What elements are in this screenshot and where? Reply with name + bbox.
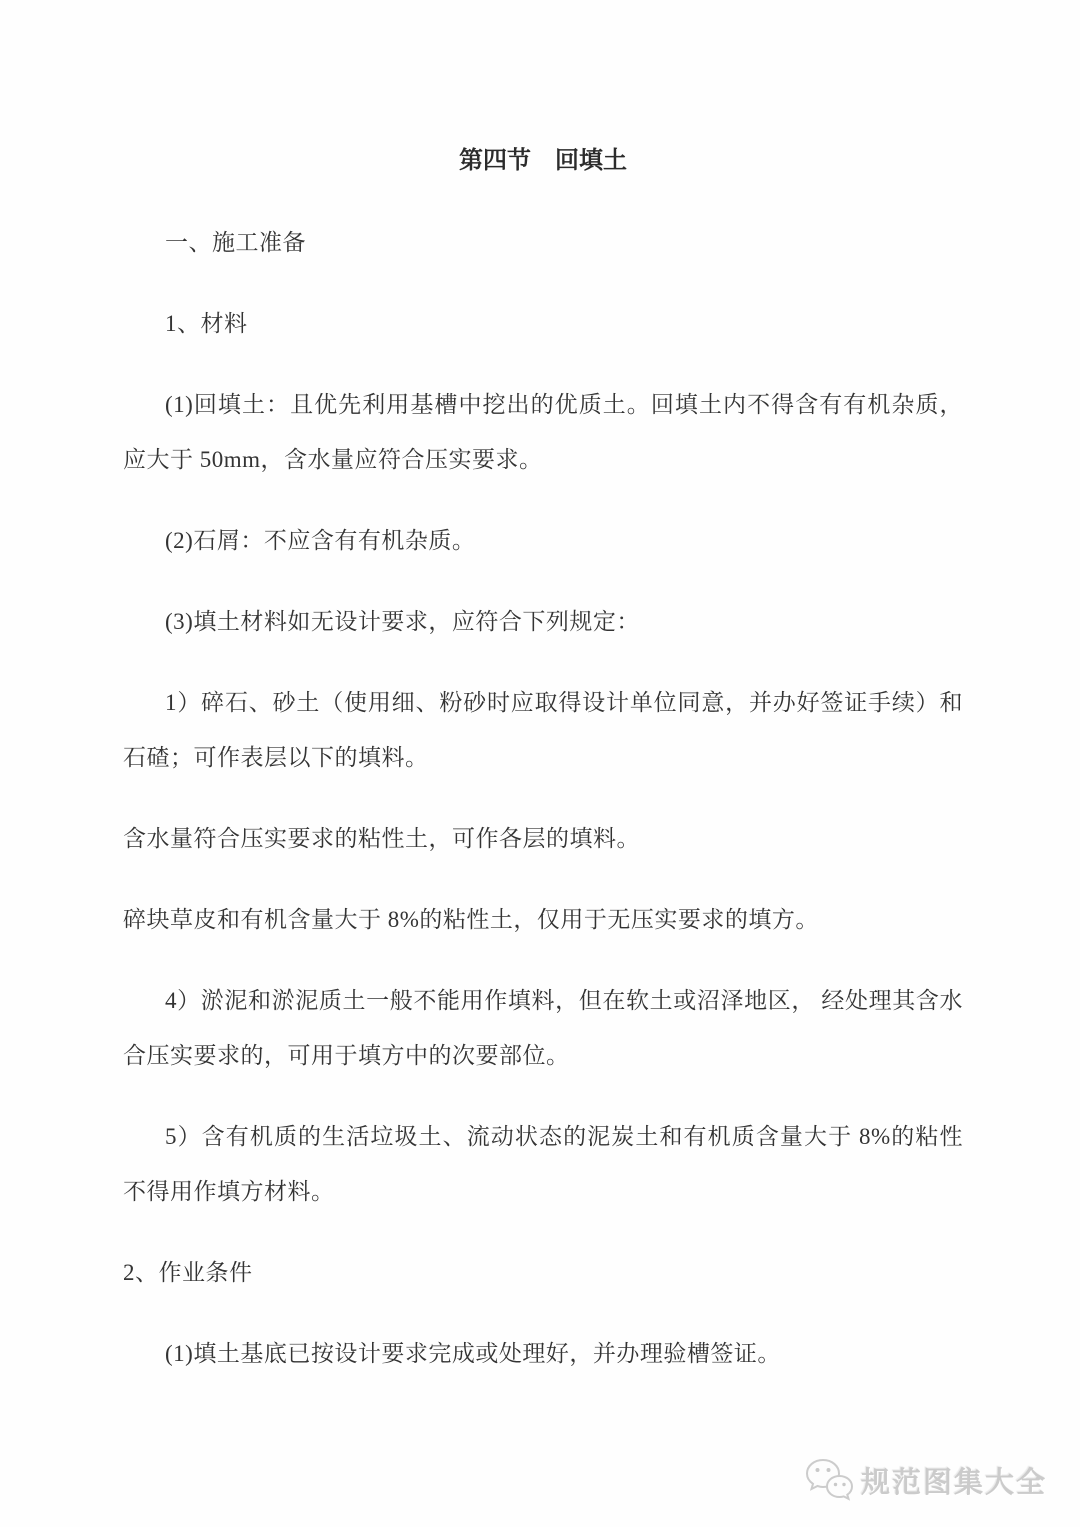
watermark-text: 规范图集大全 [861, 1460, 1047, 1501]
paragraph-line: (3)填土材料如无设计要求，应符合下列规定： [123, 594, 963, 649]
document-body: 第四节 回填土 一、施工准备 1、材料 (1)回填土：且优先利用基槽中挖出的优质… [0, 0, 1080, 1381]
paragraph-line: 应大于 50mm，含水量应符合压实要求。 [123, 432, 963, 487]
paragraph-line: 5）含有机质的生活垃圾土、流动状态的泥炭土和有机质含量大于 8%的粘性土等， [123, 1109, 963, 1164]
watermark: 规范图集大全 [804, 1457, 1047, 1503]
paragraph: 2、作业条件 [123, 1245, 963, 1300]
paragraph-line: 1）碎石、砂土（使用细、粉砂时应取得设计单位同意，并办好签证手续）和爆破 [123, 675, 963, 730]
wechat-icon [804, 1457, 854, 1503]
paragraph: 5）含有机质的生活垃圾土、流动状态的泥炭土和有机质含量大于 8%的粘性土等， 不… [123, 1109, 963, 1219]
paragraph: 4）淤泥和淤泥质土一般不能用作填料，但在软土或沼泽地区， 经处理其含水率符 合压… [123, 973, 963, 1083]
paragraph-line: 1、材料 [123, 296, 963, 351]
paragraph-line: 一、施工准备 [123, 215, 963, 270]
paragraph-line: 2、作业条件 [123, 1245, 963, 1300]
page-title: 第四节 回填土 [123, 134, 963, 189]
paragraph-line: (1)回填土：且优先利用基槽中挖出的优质土。回填土内不得含有有机杂质，粒径不 [123, 377, 963, 432]
paragraph-line: 4）淤泥和淤泥质土一般不能用作填料，但在软土或沼泽地区， 经处理其含水率符 [123, 973, 963, 1028]
paragraph-line: 含水量符合压实要求的粘性土，可作各层的填料。 [123, 811, 963, 866]
paragraph: 1）碎石、砂土（使用细、粉砂时应取得设计单位同意，并办好签证手续）和爆破 石碴；… [123, 675, 963, 785]
paragraph-line: (1)填土基底已按设计要求完成或处理好，并办理验槽签证。 [123, 1326, 963, 1381]
paragraph: (2)石屑：不应含有有机杂质。 [123, 513, 963, 568]
paragraph-line: 不得用作填方材料。 [123, 1164, 963, 1219]
paragraph-line: 石碴；可作表层以下的填料。 [123, 730, 963, 785]
paragraph: 碎块草皮和有机含量大于 8%的粘性土，仅用于无压实要求的填方。 [123, 892, 963, 947]
paragraph-line: (2)石屑：不应含有有机杂质。 [123, 513, 963, 568]
paragraph: 含水量符合压实要求的粘性土，可作各层的填料。 [123, 811, 963, 866]
paragraph: (3)填土材料如无设计要求，应符合下列规定： [123, 594, 963, 649]
paragraph-line: 碎块草皮和有机含量大于 8%的粘性土，仅用于无压实要求的填方。 [123, 892, 963, 947]
paragraph: (1)填土基底已按设计要求完成或处理好，并办理验槽签证。 [123, 1326, 963, 1381]
paragraph-line: 合压实要求的，可用于填方中的次要部位。 [123, 1028, 963, 1083]
paragraph: 1、材料 [123, 296, 963, 351]
document-page: 第四节 回填土 一、施工准备 1、材料 (1)回填土：且优先利用基槽中挖出的优质… [0, 0, 1080, 1527]
paragraph: 一、施工准备 [123, 215, 963, 270]
paragraph: (1)回填土：且优先利用基槽中挖出的优质土。回填土内不得含有有机杂质，粒径不 应… [123, 377, 963, 487]
